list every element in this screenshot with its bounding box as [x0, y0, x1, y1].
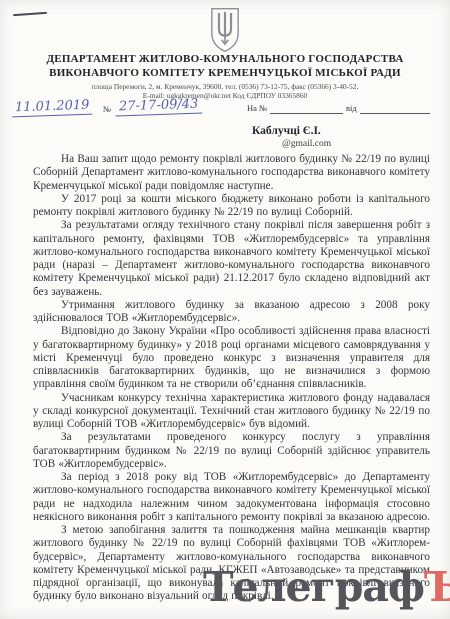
ukraine-trident-icon: [208, 7, 242, 58]
body-paragraph: Учасникам конкурсу технічна характеристи…: [33, 392, 430, 432]
org-address: площа Перемоги, 2, м. Кременчук, 39600, …: [0, 82, 450, 91]
telegraf-watermark: ТелеграфЪ: [203, 565, 450, 609]
incoming-number-label: На №: [247, 103, 267, 113]
watermark-text: Телеграф: [203, 563, 424, 611]
body-paragraph: За результатами проведеного конкурсу пос…: [33, 431, 430, 471]
scanned-letter-page: ДЕПАРТАМЕНТ ЖИТЛОВО-КОМУНАЛЬНОГО ГОСПОДА…: [0, 0, 450, 619]
from-date-blank: [360, 103, 430, 114]
watermark-accent-letter: Ъ: [424, 563, 450, 611]
org-name-line2: ВИКОНАВЧОГО КОМІТЕТУ КРЕМЕНЧУЦЬКОЇ МІСЬК…: [0, 67, 450, 81]
body-paragraph: За період з 2018 року від ТОВ «Житлоремб…: [33, 471, 430, 524]
body-paragraph: У 2017 році за кошти міського бюджету ви…: [33, 193, 430, 220]
number-label: №: [103, 104, 111, 114]
letter-body: На Ваш запит щодо ремонту покрівлі житло…: [33, 153, 430, 604]
body-paragraph: Утримання житлового будинку за вказаною …: [33, 299, 430, 326]
letterhead: ДЕПАРТАМЕНТ ЖИТЛОВО-КОМУНАЛЬНОГО ГОСПОДА…: [0, 53, 450, 100]
body-paragraph: За результатами огляду технічного стану …: [33, 219, 430, 299]
from-date-label: від: [346, 103, 357, 113]
handwritten-outgoing-number: 27-17-09/43: [115, 96, 203, 116]
pen-mark: [13, 12, 47, 16]
org-name-line1: ДЕПАРТАМЕНТ ЖИТЛОВО-КОМУНАЛЬНОГО ГОСПОДА…: [0, 53, 450, 67]
addressee-email: @gmail.com: [282, 139, 331, 149]
reference-row: 11.01.2019 № 27-17-09/43 На № від: [0, 97, 450, 121]
incoming-number-blank: [270, 103, 343, 114]
body-paragraph: На Ваш запит щодо ремонту покрівлі житло…: [33, 153, 430, 193]
handwritten-date: 11.01.2019: [12, 98, 93, 118]
body-paragraph: Відповідно до Закону України «Про особли…: [33, 325, 430, 391]
addressee-name: Каблучці Є.І.: [252, 125, 321, 137]
